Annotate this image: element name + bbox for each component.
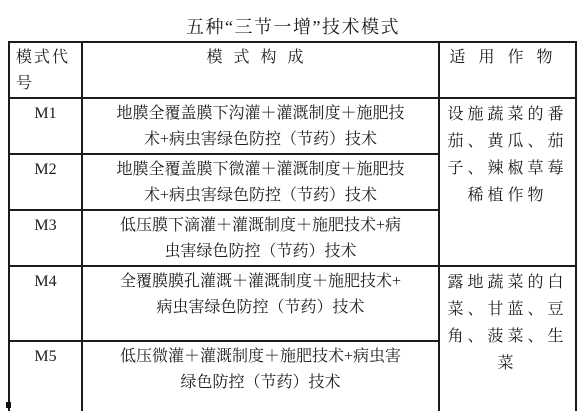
stray-ink-mark (6, 402, 11, 408)
table-row-m4: M4 全覆膜膜孔灌溉＋灌溉制度＋施肥技术+ 病虫害绿色防控（节药）技术 露地蔬菜… (9, 266, 576, 341)
header-mode-composition: 模式构成 (82, 42, 439, 98)
mode-code-m5: M5 (9, 341, 82, 411)
table-header-row: 模式代号 模式构成 适用作物 (9, 42, 576, 98)
mode-composition-m4: 全覆膜膜孔灌溉＋灌溉制度＋施肥技术+ 病虫害绿色防控（节药）技术 (82, 266, 439, 341)
header-mode-code: 模式代号 (9, 42, 82, 98)
mode-composition-m3: 低压膜下滴灌＋灌溉制度＋施肥技术+病 虫害绿色防控（节药）技术 (82, 210, 439, 266)
table-row-m1: M1 地膜全覆盖膜下沟灌＋灌溉制度＋施肥技 术+病虫害绿色防控（节药）技术 设施… (9, 98, 576, 154)
crops-cell-open-field-vegetables: 露地蔬菜的白 菜、甘蓝、豆 角、菠菜、生 菜 (439, 266, 576, 411)
mode-code-m4: M4 (9, 266, 82, 341)
mode-composition-m1: 地膜全覆盖膜下沟灌＋灌溉制度＋施肥技 术+病虫害绿色防控（节药）技术 (82, 98, 439, 154)
mode-code-m2: M2 (9, 154, 82, 210)
crops-cell-protected-vegetables: 设施蔬菜的番 茄、黄瓜、茄 子、辣椒草莓 稀植作物 (439, 98, 576, 266)
page-title: 五种“三节一增”技术模式 (0, 13, 586, 39)
mode-code-m3: M3 (9, 210, 82, 266)
mode-composition-m2: 地膜全覆盖膜下微灌＋灌溉制度＋施肥技 术+病虫害绿色防控（节药）技术 (82, 154, 439, 210)
mode-composition-m5: 低压微灌＋灌溉制度＋施肥技术+病虫害 绿色防控（节药）技术 (82, 341, 439, 411)
header-applicable-crops: 适用作物 (439, 42, 576, 98)
mode-code-m1: M1 (9, 98, 82, 154)
modes-table: 模式代号 模式构成 适用作物 M1 地膜全覆盖膜下沟灌＋灌溉制度＋施肥技 术+病… (8, 41, 577, 411)
